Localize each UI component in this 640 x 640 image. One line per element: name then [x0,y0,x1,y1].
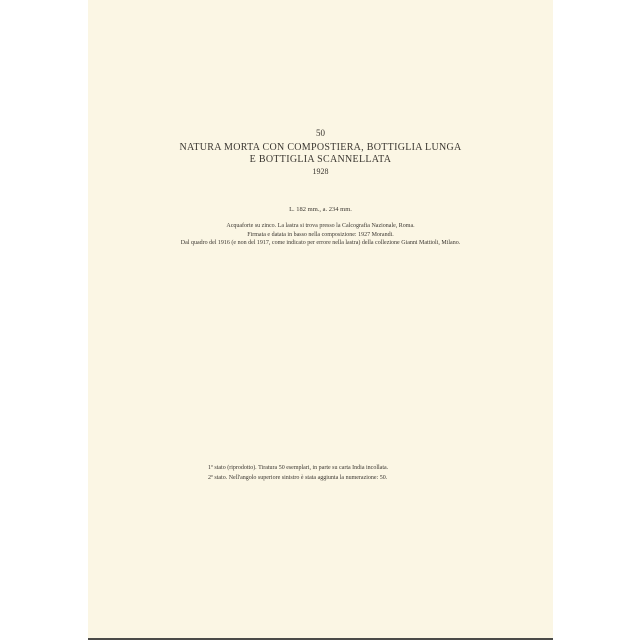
plate-states: 1º stato (riprodotto). Tiratura 50 esemp… [208,464,468,483]
description-line: Acquaforte su zinco. La lastra si trova … [88,222,553,231]
catalog-page: 50 NATURA MORTA CON COMPOSTIERA, BOTTIGL… [88,0,553,640]
description-line: Firmata e datata in basso nella composiz… [88,231,553,240]
plate-year: 1928 [88,167,553,176]
state-line: 2º stato. Nell'angolo superiore sinistro… [208,474,468,484]
title-line-1: NATURA MORTA CON COMPOSTIERA, BOTTIGLIA … [88,142,553,154]
plate-title: NATURA MORTA CON COMPOSTIERA, BOTTIGLIA … [88,142,553,166]
plate-dimensions: L. 182 mm., a. 234 mm. [88,206,553,213]
plate-number: 50 [88,128,553,138]
plate-description: Acquaforte su zinco. La lastra si trova … [88,222,553,248]
state-line: 1º stato (riprodotto). Tiratura 50 esemp… [208,464,468,474]
description-line: Dal quadro del 1916 (e non del 1917, com… [88,239,553,248]
title-line-2: E BOTTIGLIA SCANNELLATA [88,154,553,166]
